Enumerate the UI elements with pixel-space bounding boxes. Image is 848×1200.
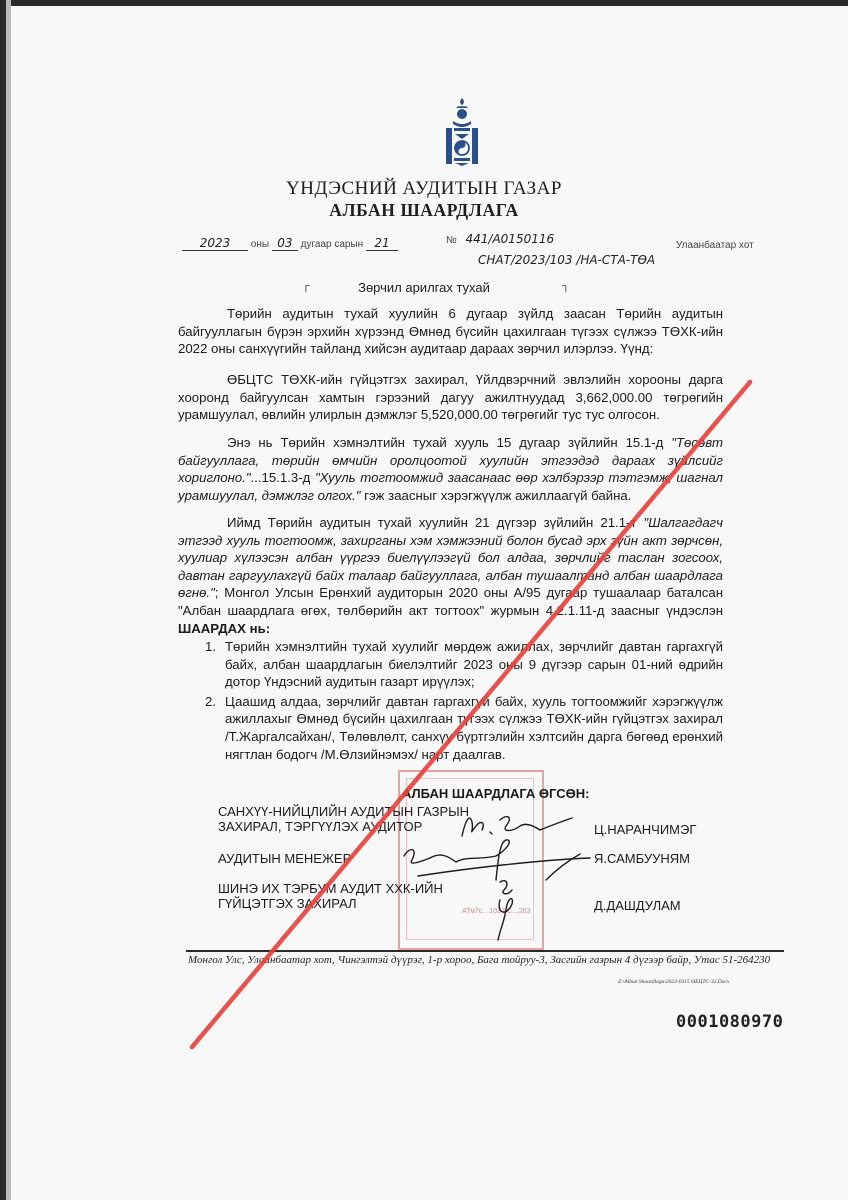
document-reference: СНАТ/2023/103 /НА-СТА-ТӨА — [478, 253, 655, 267]
paragraph-intro: Төрийн аудитын тухай хуулийн 6 дугаар зү… — [178, 305, 723, 358]
number-label: № — [446, 235, 457, 246]
signatory-title: ШИНЭ ИХ ТЭРБУМ АУДИТ ХХК-ИЙН ГҮЙЦЭТГЭХ З… — [218, 881, 443, 911]
text-segment: гэж заасныг хэрэгжүүлж ажиллаагүй байна. — [360, 488, 631, 503]
title-line: ЗАХИРАЛ, ТЭРГҮҮЛЭХ АУДИТОР — [218, 819, 469, 834]
date-year-suffix: оны — [251, 239, 269, 250]
city-label: Улаанбаатар хот — [676, 240, 754, 251]
signatory-title: АУДИТЫН МЕНЕЖЕР — [218, 851, 351, 866]
text-segment: Иймд Төрийн аудитын тухай хуулийн 21 дүг… — [227, 515, 644, 530]
subject-bracket-right: ┐ — [562, 280, 570, 292]
stamp-text: АТм7с…103 9С…263 — [462, 907, 531, 916]
document-number: № 441/А0150116 — [446, 232, 554, 246]
text-segment: ...15.1.3-д — [251, 470, 315, 485]
text-segment: Энэ нь Төрийн хэмнэлтийн тухай хууль 15 … — [227, 435, 671, 450]
title-line: ШИНЭ ИХ ТЭРБУМ АУДИТ ХХК-ИЙН — [218, 881, 443, 896]
number-value: 441/А0150116 — [466, 232, 555, 246]
title-line: САНХҮҮ-НИЙЦЛИЙН АУДИТЫН ГАЗРЫН — [218, 804, 469, 819]
title-line: ГҮЙЦЭТГЭХ ЗАХИРАЛ — [218, 896, 443, 911]
document-type-title: АЛБАН ШААРДЛАГА — [0, 200, 848, 221]
paragraph-demand-basis: Иймд Төрийн аудитын тухай хуулийн 21 дүг… — [178, 514, 723, 637]
signatory-name: Я.САМБУУНЯМ — [594, 851, 690, 866]
paragraph-legal-basis: Энэ нь Төрийн хэмнэлтийн тухай хууль 15 … — [178, 434, 723, 504]
signatory-name: Д.ДАШДУЛАМ — [594, 898, 681, 913]
date-month: 03 — [272, 236, 298, 251]
demand-label: ШААРДАХ нь: — [178, 621, 270, 636]
signatories-heading: АЛБАН ШААРДЛАГА ӨГСӨН: — [402, 786, 589, 801]
list-number: 2. — [205, 693, 225, 763]
date-day: 21 — [366, 236, 398, 251]
signatory-name: Ц.НАРАНЧИМЭГ — [594, 822, 696, 837]
signatory-title: САНХҮҮ-НИЙЦЛИЙН АУДИТЫН ГАЗРЫН ЗАХИРАЛ, … — [218, 804, 469, 834]
list-text: Төрийн хэмнэлтийн тухай хуулийг мөрдөж а… — [225, 638, 723, 691]
list-item: 1. Төрийн хэмнэлтийн тухай хуулийг мөрдө… — [205, 638, 723, 691]
subject-line: Зөрчил арилгах тухай — [0, 280, 848, 295]
footer-divider — [186, 950, 784, 952]
file-path-label: Z:\Albun Shaardlaga\2023-0315 ӨБЦТС-32.D… — [618, 979, 729, 985]
title-line: АУДИТЫН МЕНЕЖЕР — [218, 851, 351, 866]
list-item: 2. Цаашид алдаа, зөрчлийг давтан гаргахг… — [205, 693, 723, 763]
soyombo-emblem-icon — [444, 96, 480, 168]
date-month-suffix: дугаар сарын — [301, 239, 364, 250]
list-number: 1. — [205, 638, 225, 691]
text-segment: ; Монгол Улсын Ерөнхий аудиторын 2020 он… — [178, 585, 723, 618]
footer-address: Монгол Улс, Улаанбаатар хот, Чингэлтэй д… — [188, 954, 784, 967]
list-text: Цаашид алдаа, зөрчлийг давтан гаргахгүй … — [225, 693, 723, 763]
organization-name: ҮНДЭСНИЙ АУДИТЫН ГАЗАР — [0, 178, 848, 200]
date-year: 2023 — [182, 236, 248, 251]
requirements-list: 1. Төрийн хэмнэлтийн тухай хуулийг мөрдө… — [205, 638, 723, 765]
document-date: 2023 оны 03 дугаар сарын 21 — [182, 236, 398, 251]
serial-number: 0001080970 — [676, 1012, 783, 1032]
paragraph-finding: ӨБЦТС ТӨХК-ийн гүйцэтгэх захирал, Үйлдвэ… — [178, 371, 723, 424]
